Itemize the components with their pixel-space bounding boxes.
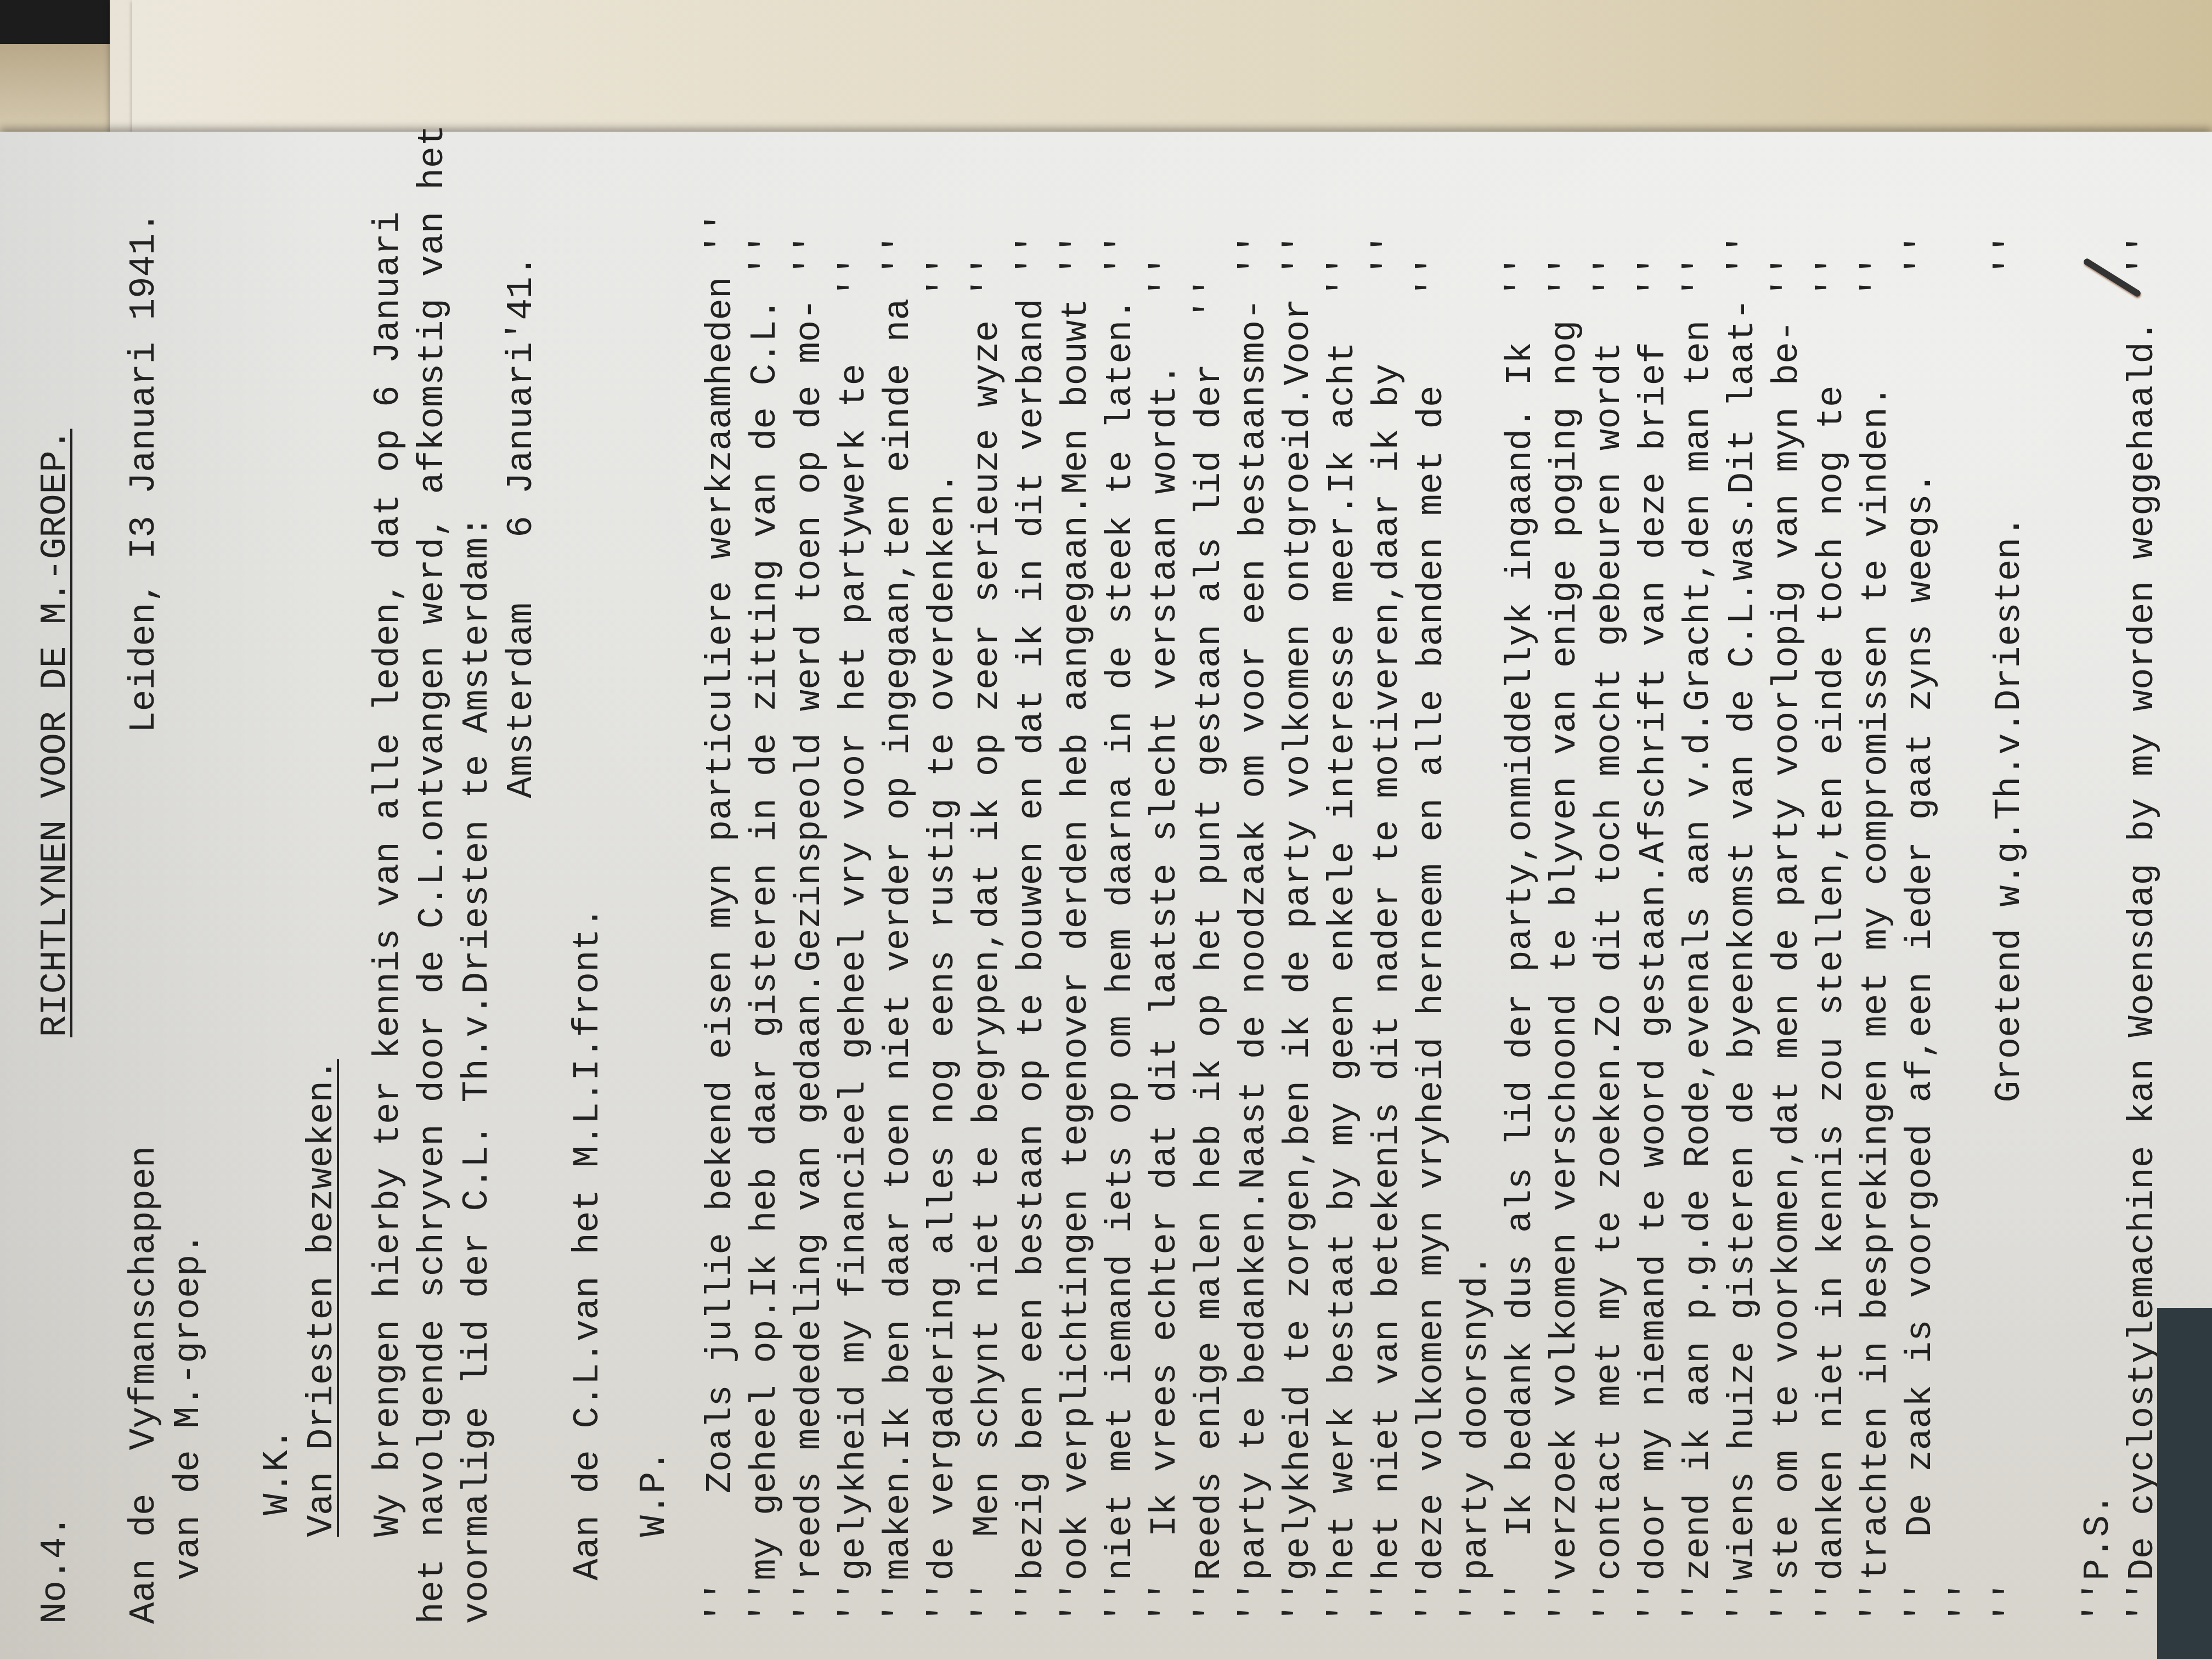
letter-body-line: ''niet met iemand iets op om hem daarna … bbox=[1098, 143, 1143, 1624]
addressee-line-2: van de M.-groep. bbox=[166, 143, 211, 1624]
letter-body-line: ''zend ik aan p.g.de Rode,evenals aan v.… bbox=[1676, 143, 1720, 1624]
letter-body-line: ''trachten in besprekingen met my compro… bbox=[1854, 143, 1898, 1624]
letter-body-line: ''deze volkomen myn vryheid herneem en a… bbox=[1409, 143, 1454, 1624]
photo-scene: dendeisme.nden.n doorjk een-s land.kan n… bbox=[0, 0, 2212, 1659]
place-date: Leiden, I3 Januari 1941. bbox=[123, 212, 165, 733]
letter-addressee: Aan de C.L.van het M.L.I.front. bbox=[566, 143, 610, 1624]
document-content: No.4. RICHTLYNEN VOOR DE M.-GROEP. Aan d… bbox=[33, 143, 2063, 1624]
spacer bbox=[544, 143, 566, 1624]
intro-line: Wy brengen hierby ter kennis van alle le… bbox=[366, 143, 410, 1624]
subject-line: Van Driesten bezweken. bbox=[300, 143, 344, 1624]
letter-body-line: ''party doorsnyd. bbox=[1454, 143, 1498, 1624]
document-number-text: No.4. bbox=[35, 1515, 76, 1624]
letter-body-line: ''gelykheid my financieel geheel vry voo… bbox=[832, 143, 876, 1624]
initials: W.K. bbox=[255, 143, 300, 1624]
spacer bbox=[610, 143, 632, 1624]
letter-place-date: Amsterdam 6 Januari'41. bbox=[499, 143, 544, 1624]
letter-body-line: ''ook verplichtingen tegenover derden he… bbox=[1054, 143, 1098, 1624]
letter-addressee-text: Aan de C.L.van het M.L.I.front. bbox=[567, 907, 608, 1581]
letter-body-line: ''party te bedanken.Naast de noodzaak om… bbox=[1232, 143, 1276, 1624]
spacer bbox=[676, 143, 698, 1624]
letter-body-line: ''reeds mededeling van gedaan.Gezinspeol… bbox=[787, 143, 832, 1624]
intro-line: voormalige lid der C.L. Th.v.Driesten te… bbox=[455, 143, 499, 1624]
letter-body-line: ''bezig ben een bestaan op te bouwen en … bbox=[1009, 143, 1054, 1624]
letter-body-line: '' bbox=[1943, 143, 1987, 1624]
document-title: RICHTLYNEN VOOR DE M.-GROEP. bbox=[35, 429, 76, 1037]
letter-body-line: '' Men schynt niet te begrypen,dat ik op… bbox=[965, 143, 1009, 1624]
background-surface bbox=[2157, 1308, 2212, 1659]
ps-label: ''P.S. bbox=[2076, 143, 2120, 1624]
letter-body-line: ''het werk bestaat by my geen enkele int… bbox=[1321, 143, 1365, 1624]
back-sheet-edge: dendeisme.nden.n doorjk een-s land.kan n… bbox=[132, 0, 2212, 132]
letter-body-line: ''de vergadering alles nog eens rustig t… bbox=[921, 143, 965, 1624]
letter-body-line: ''ste om te voorkomen,dat men de party v… bbox=[1765, 143, 1809, 1624]
document-page: No.4. RICHTLYNEN VOOR DE M.-GROEP. Aan d… bbox=[0, 132, 2212, 1659]
letter-salutation-text: W.P. bbox=[634, 1450, 675, 1537]
letter-body-line: ''gelykheid te zorgen,ben ik de party vo… bbox=[1276, 143, 1321, 1624]
letter-body-line: '' De zaak is voorgoed af,een ieder gaat… bbox=[1898, 143, 1943, 1624]
letter-place-date-text: Amsterdam 6 Januari'41. bbox=[501, 255, 542, 798]
subject: Van Driesten bezweken. bbox=[301, 1059, 342, 1537]
letter-salutation: W.P. bbox=[632, 143, 676, 1624]
letter-body-line: ''danken niet in kennis zou stellen,ten … bbox=[1809, 143, 1854, 1624]
letter-body-line: ''my geheel op.Ik heb daar gisteren in d… bbox=[743, 143, 787, 1624]
spacer bbox=[2032, 143, 2076, 1624]
spacer bbox=[211, 143, 255, 1624]
spacer bbox=[77, 143, 122, 1624]
letter-body-line: ''het niet van betekenis dit nader te mo… bbox=[1365, 143, 1409, 1624]
initials-text: W.K. bbox=[257, 1429, 298, 1515]
letter-body-line: ''door my niemand te woord gestaan.Afsch… bbox=[1632, 143, 1676, 1624]
addressee-text-1: Aan de Vyfmanschappen bbox=[123, 1146, 165, 1624]
addressee-line-1: Aan de Vyfmanschappen Leiden, I3 Januari… bbox=[122, 143, 166, 1624]
letter-body-line: ''wiens huize gisteren de byeenkomst van… bbox=[1720, 143, 1765, 1624]
intro-line: het navolgende schryven door de C.L.ontv… bbox=[410, 143, 455, 1624]
letter-body-line: ''Reeds enige malen heb ik op het punt g… bbox=[1187, 143, 1232, 1624]
letter-body-line: ''maken.Ik ben daar toen niet verder op … bbox=[876, 143, 921, 1624]
letter-signature: '' Groetend w.g.Th.v.Driesten. '' bbox=[1987, 143, 2032, 1624]
letter-body-line: '' Ik bedank dus als lid der party,onmid… bbox=[1498, 143, 1543, 1624]
letter-body-line: ''verzoek volkomen verschoond te blyven … bbox=[1543, 143, 1587, 1624]
letter-body-line: ''contact met my te zoeken.Zo dit toch m… bbox=[1587, 143, 1632, 1624]
document-number: No.4. RICHTLYNEN VOOR DE M.-GROEP. bbox=[33, 143, 77, 1624]
spacer bbox=[344, 143, 366, 1624]
letter-body-line: '' Ik vrees echter dat dit laatste slech… bbox=[1143, 143, 1187, 1624]
letter-body-line: '' Zoals jullie bekend eisen myn particu… bbox=[698, 143, 743, 1624]
